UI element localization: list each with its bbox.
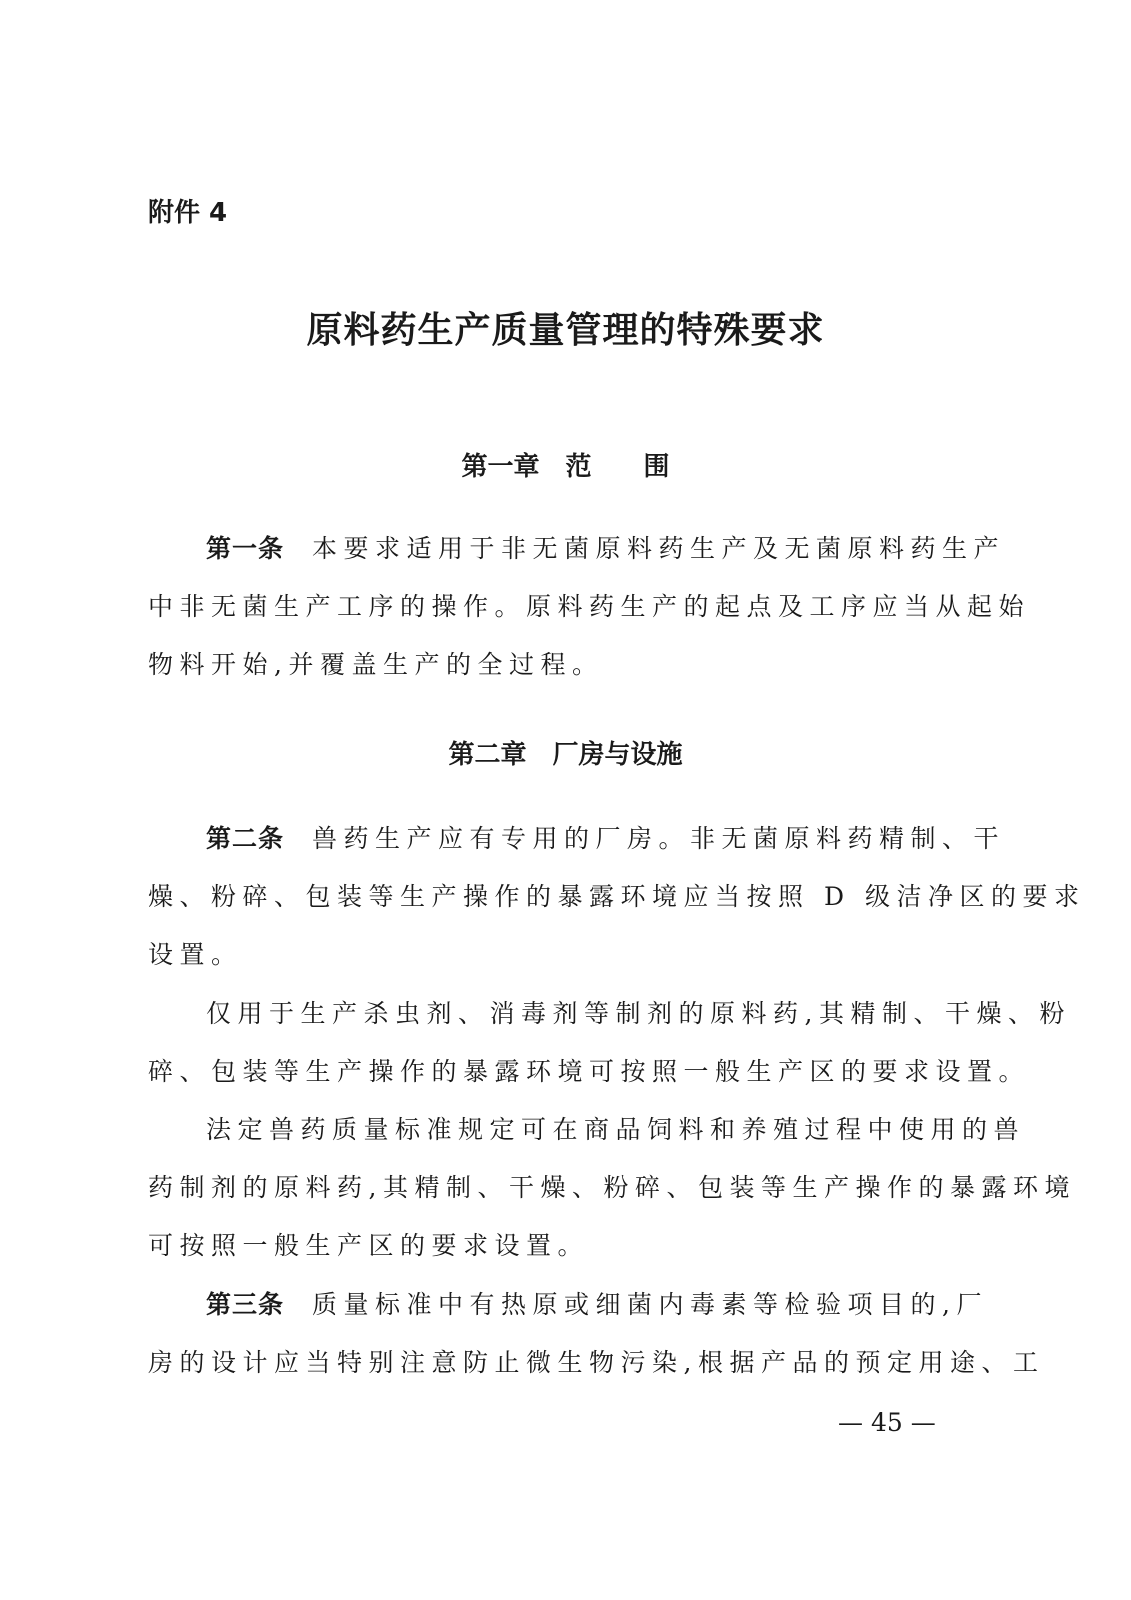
attachment-label: 附件 4 — [148, 192, 227, 229]
article-1-line: 第一条本要求适用于非无菌原料药生产及无菌原料药生产 — [206, 529, 968, 569]
text-line: 碎、包装等生产操作的暴露环境可按照一般生产区的要求设置。 — [148, 1052, 968, 1092]
chapter-heading-1: 第一章 范 围 — [0, 446, 1131, 483]
paragraph-line: 法定兽药质量标准规定可在商品饲料和养殖过程中使用的兽 — [206, 1110, 968, 1150]
text-line: 药制剂的原料药,其精制、干燥、粉碎、包装等生产操作的暴露环境 — [148, 1168, 968, 1208]
text-line: 中非无菌生产工序的操作。原料药生产的起点及工序应当从起始 — [148, 587, 968, 627]
article-2-line: 第二条兽药生产应有专用的厂房。非无菌原料药精制、干 — [206, 819, 968, 859]
article-number: 第三条 — [206, 1290, 284, 1319]
article-number: 第一条 — [206, 534, 284, 563]
article-text: 兽药生产应有专用的厂房。非无菌原料药精制、干 — [312, 824, 1005, 853]
chapter-heading-2: 第二章 厂房与设施 — [0, 734, 1131, 771]
text-line: 可按照一般生产区的要求设置。 — [148, 1226, 968, 1266]
document-title: 原料药生产质量管理的特殊要求 — [0, 302, 1131, 353]
article-3-line: 第三条质量标准中有热原或细菌内毒素等检验项目的,厂 — [206, 1285, 968, 1325]
article-text: 质量标准中有热原或细菌内毒素等检验项目的,厂 — [312, 1290, 988, 1319]
article-number: 第二条 — [206, 824, 284, 853]
text-line: 设置。 — [148, 935, 968, 975]
text-line: 燥、粉碎、包装等生产操作的暴露环境应当按照 D 级洁净区的要求 — [148, 877, 968, 917]
page-number: — 45 — — [838, 1408, 936, 1437]
text-line: 物料开始,并覆盖生产的全过程。 — [148, 645, 968, 685]
paragraph-line: 仅用于生产杀虫剂、消毒剂等制剂的原料药,其精制、干燥、粉 — [206, 994, 968, 1034]
text-line: 房的设计应当特别注意防止微生物污染,根据产品的预定用途、工 — [148, 1343, 968, 1383]
article-text: 本要求适用于非无菌原料药生产及无菌原料药生产 — [312, 534, 1005, 563]
